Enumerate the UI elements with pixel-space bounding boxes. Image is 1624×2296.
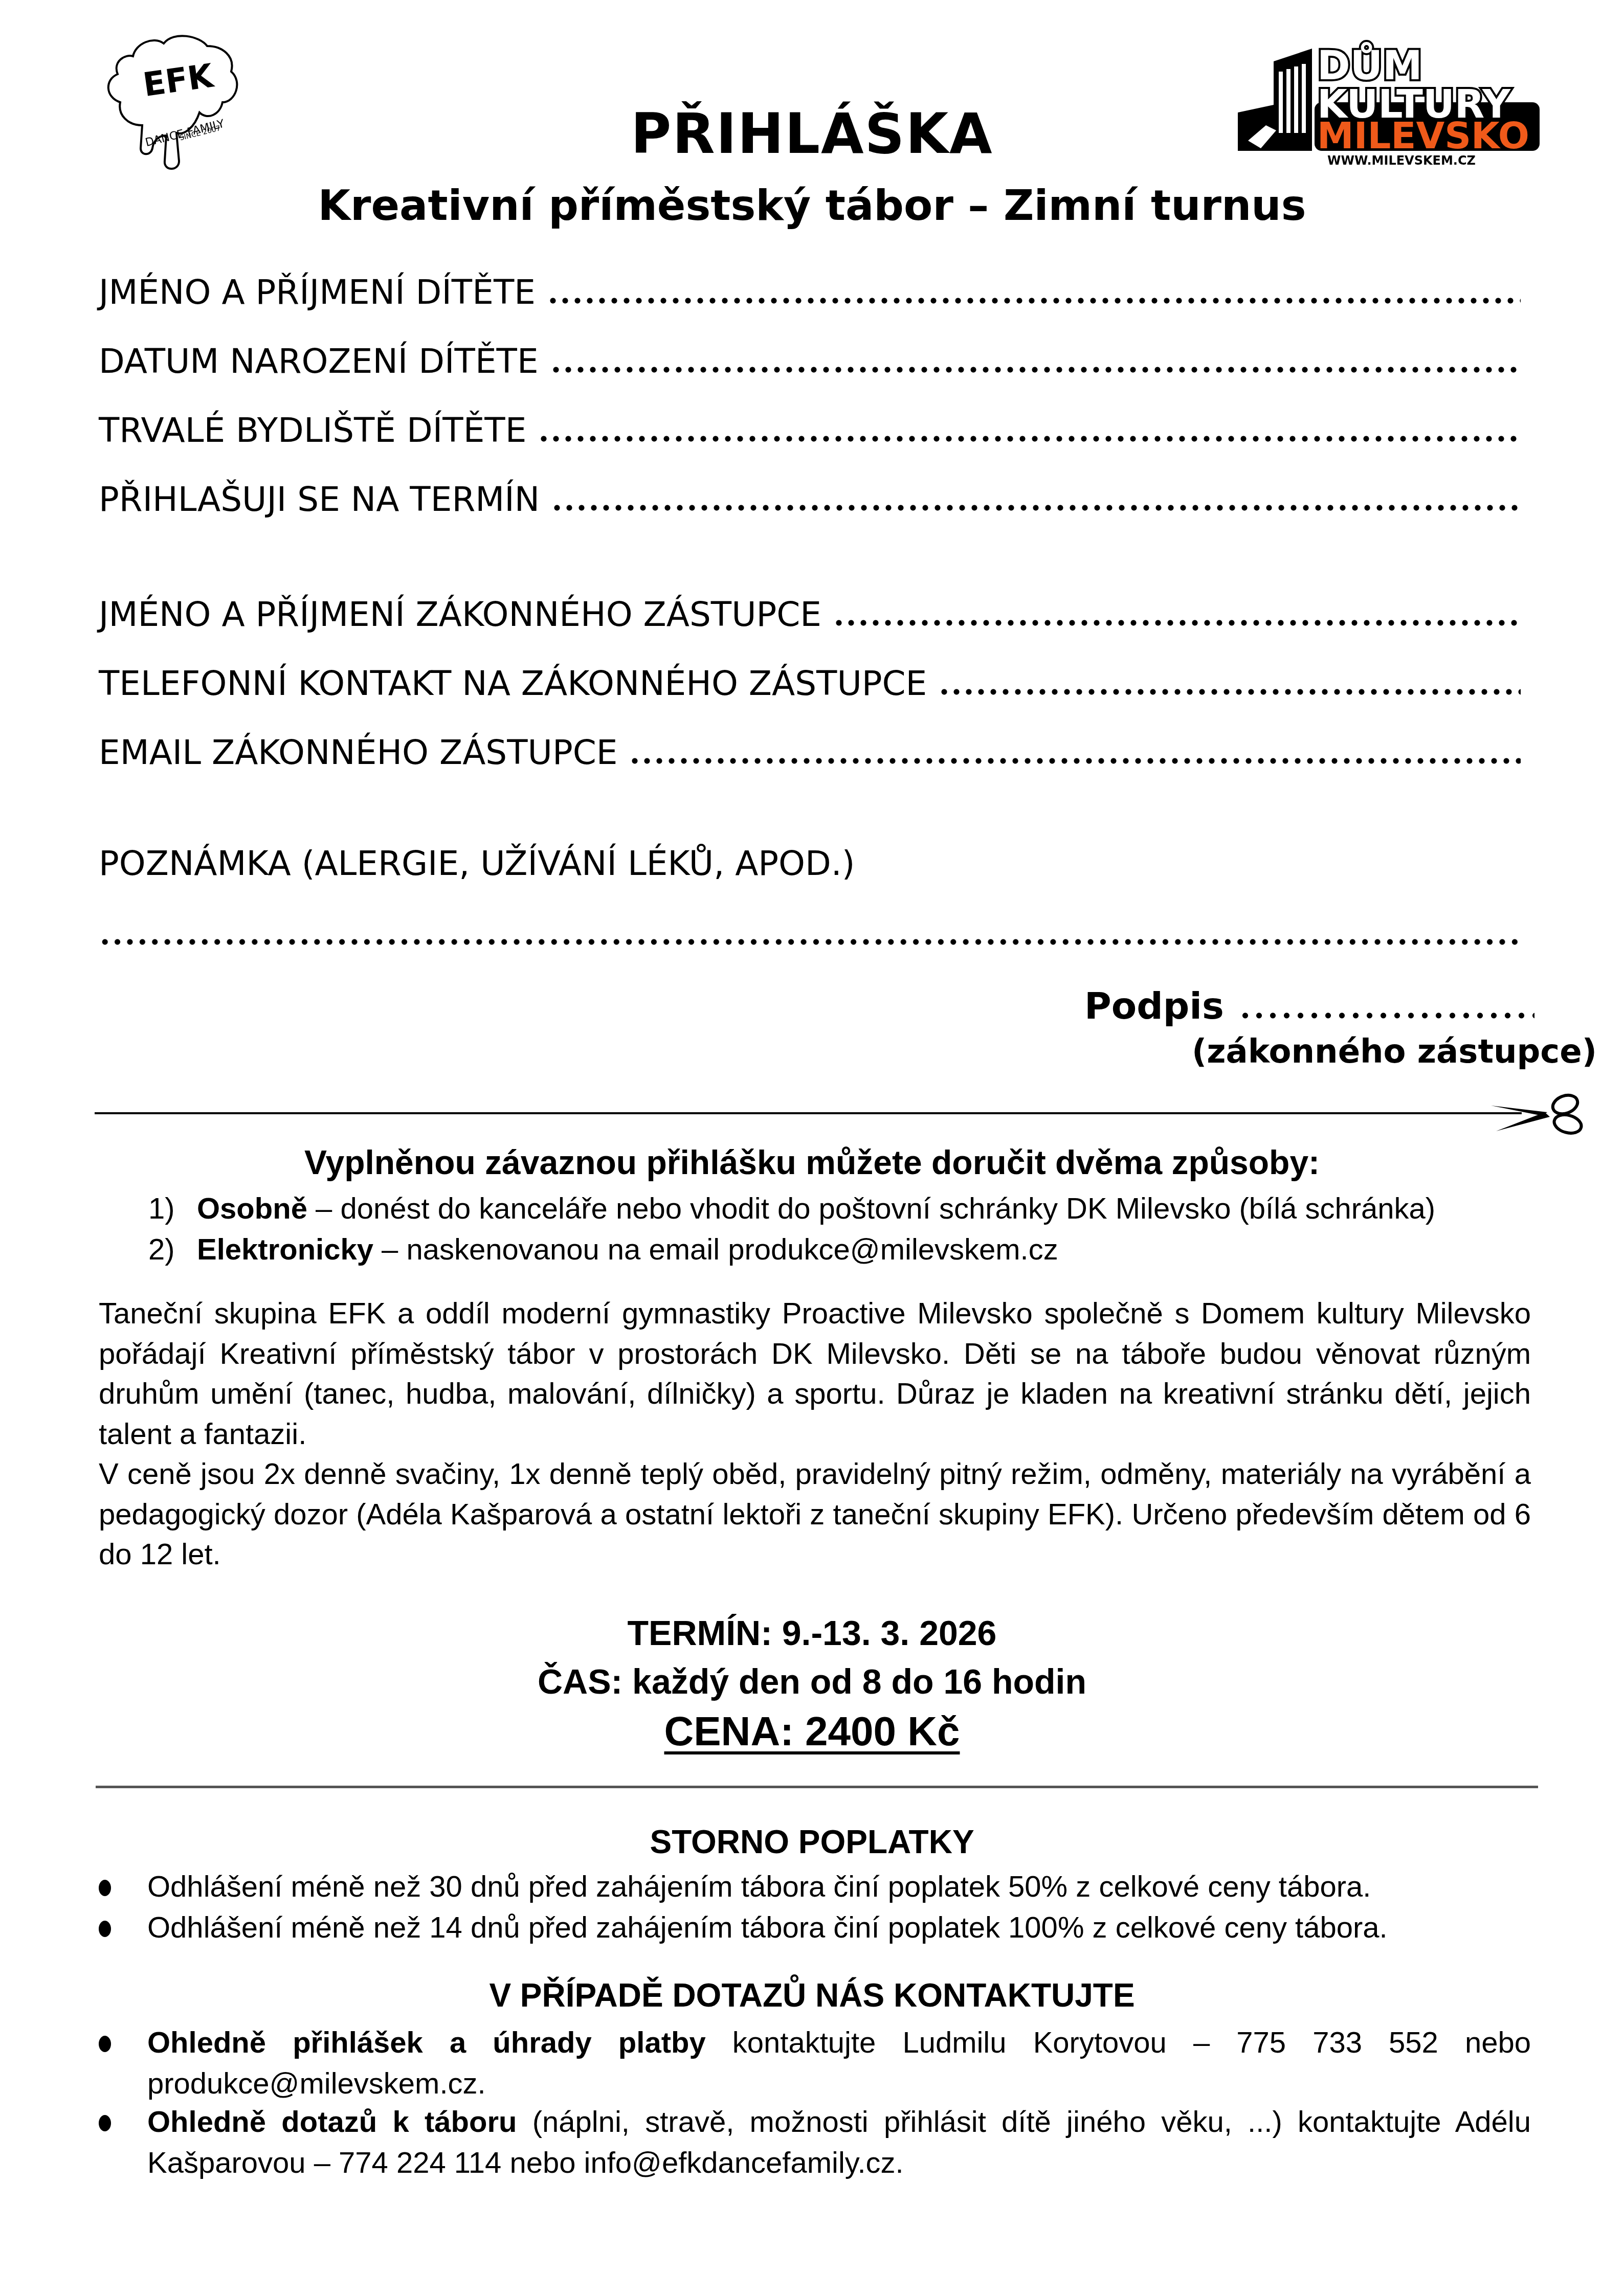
- camp-time: ČAS: každý den od 8 do 16 hodin: [0, 1662, 1624, 1702]
- note-label: POZNÁMKA (ALERGIE, UŽÍVÁNÍ LÉKŮ, APOD.): [99, 844, 855, 883]
- svg-text:EFK: EFK: [141, 57, 216, 104]
- contact-heading: V PŘÍPADĚ DOTAZŮ NÁS KONTAKTUJTE: [0, 1976, 1624, 2014]
- signature-sublabel: (zákonného zástupce): [1192, 1033, 1597, 1071]
- fill-in-line[interactable]: [538, 436, 1521, 442]
- guardian-email-field[interactable]: EMAIL ZÁKONNÉHO ZÁSTUPCE: [99, 726, 1521, 772]
- child-address-field[interactable]: TRVALÉ BYDLIŠTĚ DÍTĚTE: [99, 404, 1521, 450]
- signature-label: Podpis: [1084, 984, 1224, 1027]
- field-label: DATUM NAROZENÍ DÍTĚTE: [99, 342, 550, 381]
- guardian-name-field[interactable]: JMÉNO A PŘÍJMENÍ ZÁKONNÉHO ZÁSTUPCE: [99, 588, 1521, 634]
- contact-item-camp-questions: Ohledně dotazů k táboru (náplni, stravě,…: [99, 2102, 1531, 2184]
- camp-term: TERMÍN: 9.-13. 3. 2026: [0, 1613, 1624, 1653]
- section-divider: [96, 1786, 1538, 1788]
- bullet-icon: [99, 1880, 111, 1896]
- field-label: TELEFONNÍ KONTAKT NA ZÁKONNÉHO ZÁSTUPCE: [99, 664, 938, 703]
- storno-heading: STORNO POPLATKY: [0, 1823, 1624, 1861]
- field-label: JMÉNO A PŘÍJMENÍ DÍTĚTE: [99, 273, 547, 312]
- signature-line[interactable]: [1238, 1012, 1534, 1019]
- child-birthdate-field[interactable]: DATUM NAROZENÍ DÍTĚTE: [99, 335, 1521, 381]
- term-field[interactable]: PŘIHLAŠUJI SE NA TERMÍN: [99, 473, 1521, 519]
- field-label: EMAIL ZÁKONNÉHO ZÁSTUPCE: [99, 733, 629, 772]
- signature-field[interactable]: Podpis: [1084, 984, 1534, 1027]
- fill-in-line[interactable]: [629, 758, 1521, 764]
- fill-in-line[interactable]: [833, 620, 1521, 626]
- note-fill-in-line[interactable]: [99, 938, 1521, 946]
- fill-in-line[interactable]: [938, 689, 1521, 695]
- cut-line: [95, 1112, 1522, 1114]
- fill-in-line[interactable]: [551, 505, 1521, 511]
- page-title: PŘIHLÁŠKA: [0, 102, 1624, 166]
- storno-item: Odhlášení méně než 14 dnů před zahájením…: [99, 1907, 1531, 1948]
- field-label: PŘIHLAŠUJI SE NA TERMÍN: [99, 480, 551, 519]
- fill-in-line[interactable]: [550, 367, 1521, 373]
- field-label: TRVALÉ BYDLIŠTĚ DÍTĚTE: [99, 411, 538, 450]
- delivery-option-personal: 1)Osobně – donést do kanceláře nebo vhod…: [148, 1191, 1435, 1226]
- description-paragraph: Taneční skupina EFK a oddíl moderní gymn…: [99, 1294, 1531, 1454]
- bullet-icon: [99, 2036, 111, 2052]
- delivery-heading: Vyplněnou závaznou přihlášku můžete doru…: [0, 1143, 1624, 1182]
- scissors-icon: [1486, 1084, 1588, 1135]
- storno-item: Odhlášení méně než 30 dnů před zahájením…: [99, 1866, 1531, 1907]
- child-name-field[interactable]: JMÉNO A PŘÍJMENÍ DÍTĚTE: [99, 266, 1521, 312]
- fill-in-line[interactable]: [547, 298, 1521, 304]
- bullet-icon: [99, 2115, 111, 2131]
- camp-description: Taneční skupina EFK a oddíl moderní gymn…: [99, 1294, 1531, 1575]
- camp-price: CENA: 2400 Kč: [0, 1708, 1624, 1755]
- guardian-phone-field[interactable]: TELEFONNÍ KONTAKT NA ZÁKONNÉHO ZÁSTUPCE: [99, 657, 1521, 703]
- delivery-option-electronic: 2)Elektronicky – naskenovanou na email p…: [148, 1232, 1058, 1267]
- description-paragraph: V ceně jsou 2x denně svačiny, 1x denně t…: [99, 1454, 1531, 1575]
- contact-item-registration: Ohledně přihlášek a úhrady platby kontak…: [99, 2022, 1531, 2104]
- field-label: JMÉNO A PŘÍJMENÍ ZÁKONNÉHO ZÁSTUPCE: [99, 595, 833, 634]
- page-subtitle: Kreativní příměstský tábor – Zimní turnu…: [0, 182, 1624, 230]
- bullet-icon: [99, 1921, 111, 1937]
